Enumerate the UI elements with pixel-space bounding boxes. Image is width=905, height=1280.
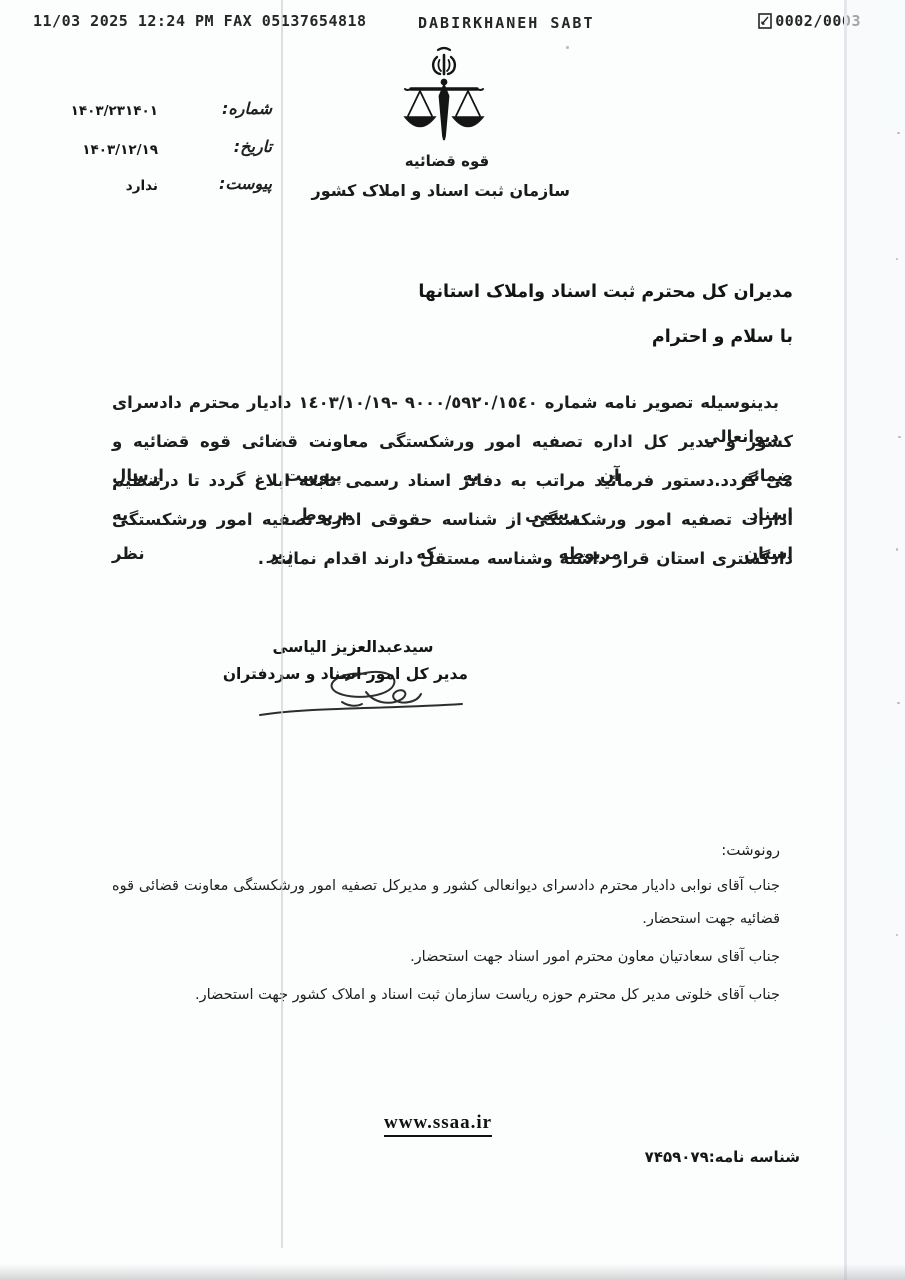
letterhead-authority: قوه قضائیه	[382, 152, 512, 170]
scan-speck	[897, 132, 900, 134]
scan-speck	[897, 702, 900, 704]
cc-item: جناب آقای نوابی دادیار محترم دادسرای دیو…	[112, 870, 780, 936]
meta-number-value: ۱۴۰۳/۲۳۱۴۰۱	[71, 103, 158, 119]
body-line: ادارات تصفیه امور ورشکستگی از شناسه حقوق…	[112, 503, 793, 542]
letter-addressee: مدیران کل محترم ثبت اسناد واملاک استانها	[418, 282, 793, 302]
body-line: بدینوسیله تصویر نامه شماره ٩٠٠٠/٥٩٢٠/١٥٤…	[112, 386, 793, 425]
scan-right-margin	[847, 0, 905, 1280]
cc-label: رونوشت:	[721, 841, 780, 859]
meta-number-label: شماره:	[222, 99, 272, 118]
judiciary-scales-emblem-icon	[398, 46, 490, 154]
cc-list: جناب آقای نوابی دادیار محترم دادسرای دیو…	[112, 870, 780, 1017]
signer-name: سیدعبدالعزیز الیاسی	[238, 638, 468, 656]
body-line: می گردد.دستور فرمائید مراتب به دفاتر اسن…	[112, 464, 793, 503]
body-line: کشور و مدیر کل اداره تصفیه امور ورشکستگی…	[112, 425, 793, 464]
scan-speck	[566, 46, 569, 49]
scan-speck	[896, 934, 898, 936]
fax-page-icon	[758, 13, 772, 29]
scan-speck	[896, 548, 898, 551]
scan-speck	[898, 436, 901, 438]
letter-id: شناسه نامه:۷۴۵۹۰۷۹	[645, 1148, 800, 1166]
letter-body: بدینوسیله تصویر نامه شماره ٩٠٠٠/٥٩٢٠/١٥٤…	[112, 386, 793, 581]
scan-bottom-shadow	[0, 1264, 905, 1280]
cc-item: جناب آقای خلوتی مدیر کل محترم حوزه ریاست…	[112, 979, 780, 1012]
scan-vertical-line-right	[844, 0, 847, 1280]
letterhead-organization: سازمان ثبت اسناد و املاک کشور	[330, 181, 570, 200]
meta-date-value: ۱۴۰۳/۱۲/۱۹	[82, 142, 158, 158]
scanned-fax-letter: { "fax_header": { "left": "11/03 2025 12…	[0, 0, 905, 1280]
cc-item: جناب آقای سعادتیان معاون محترم امور اسنا…	[112, 941, 780, 974]
fax-station-name: DABIRKHANEH SABT	[418, 14, 595, 32]
meta-attachment-label: پیوست:	[219, 174, 272, 193]
meta-date-label: تاریخ:	[234, 137, 272, 156]
scan-vertical-line-left	[281, 0, 283, 1248]
fax-timestamp-line: 11/03 2025 12:24 PM FAX 05137654818	[33, 12, 367, 30]
letter-salutation: با سلام و احترام	[652, 327, 793, 347]
meta-attachment-value: ندارد	[126, 178, 158, 194]
signature-block: سیدعبدالعزیز الیاسی مدیر کل امور اسناد و…	[238, 638, 468, 683]
website-url: www.ssaa.ir	[384, 1112, 492, 1137]
signer-title: مدیر کل امور اسناد و سردفتران	[238, 665, 468, 683]
scan-speck	[896, 258, 898, 260]
